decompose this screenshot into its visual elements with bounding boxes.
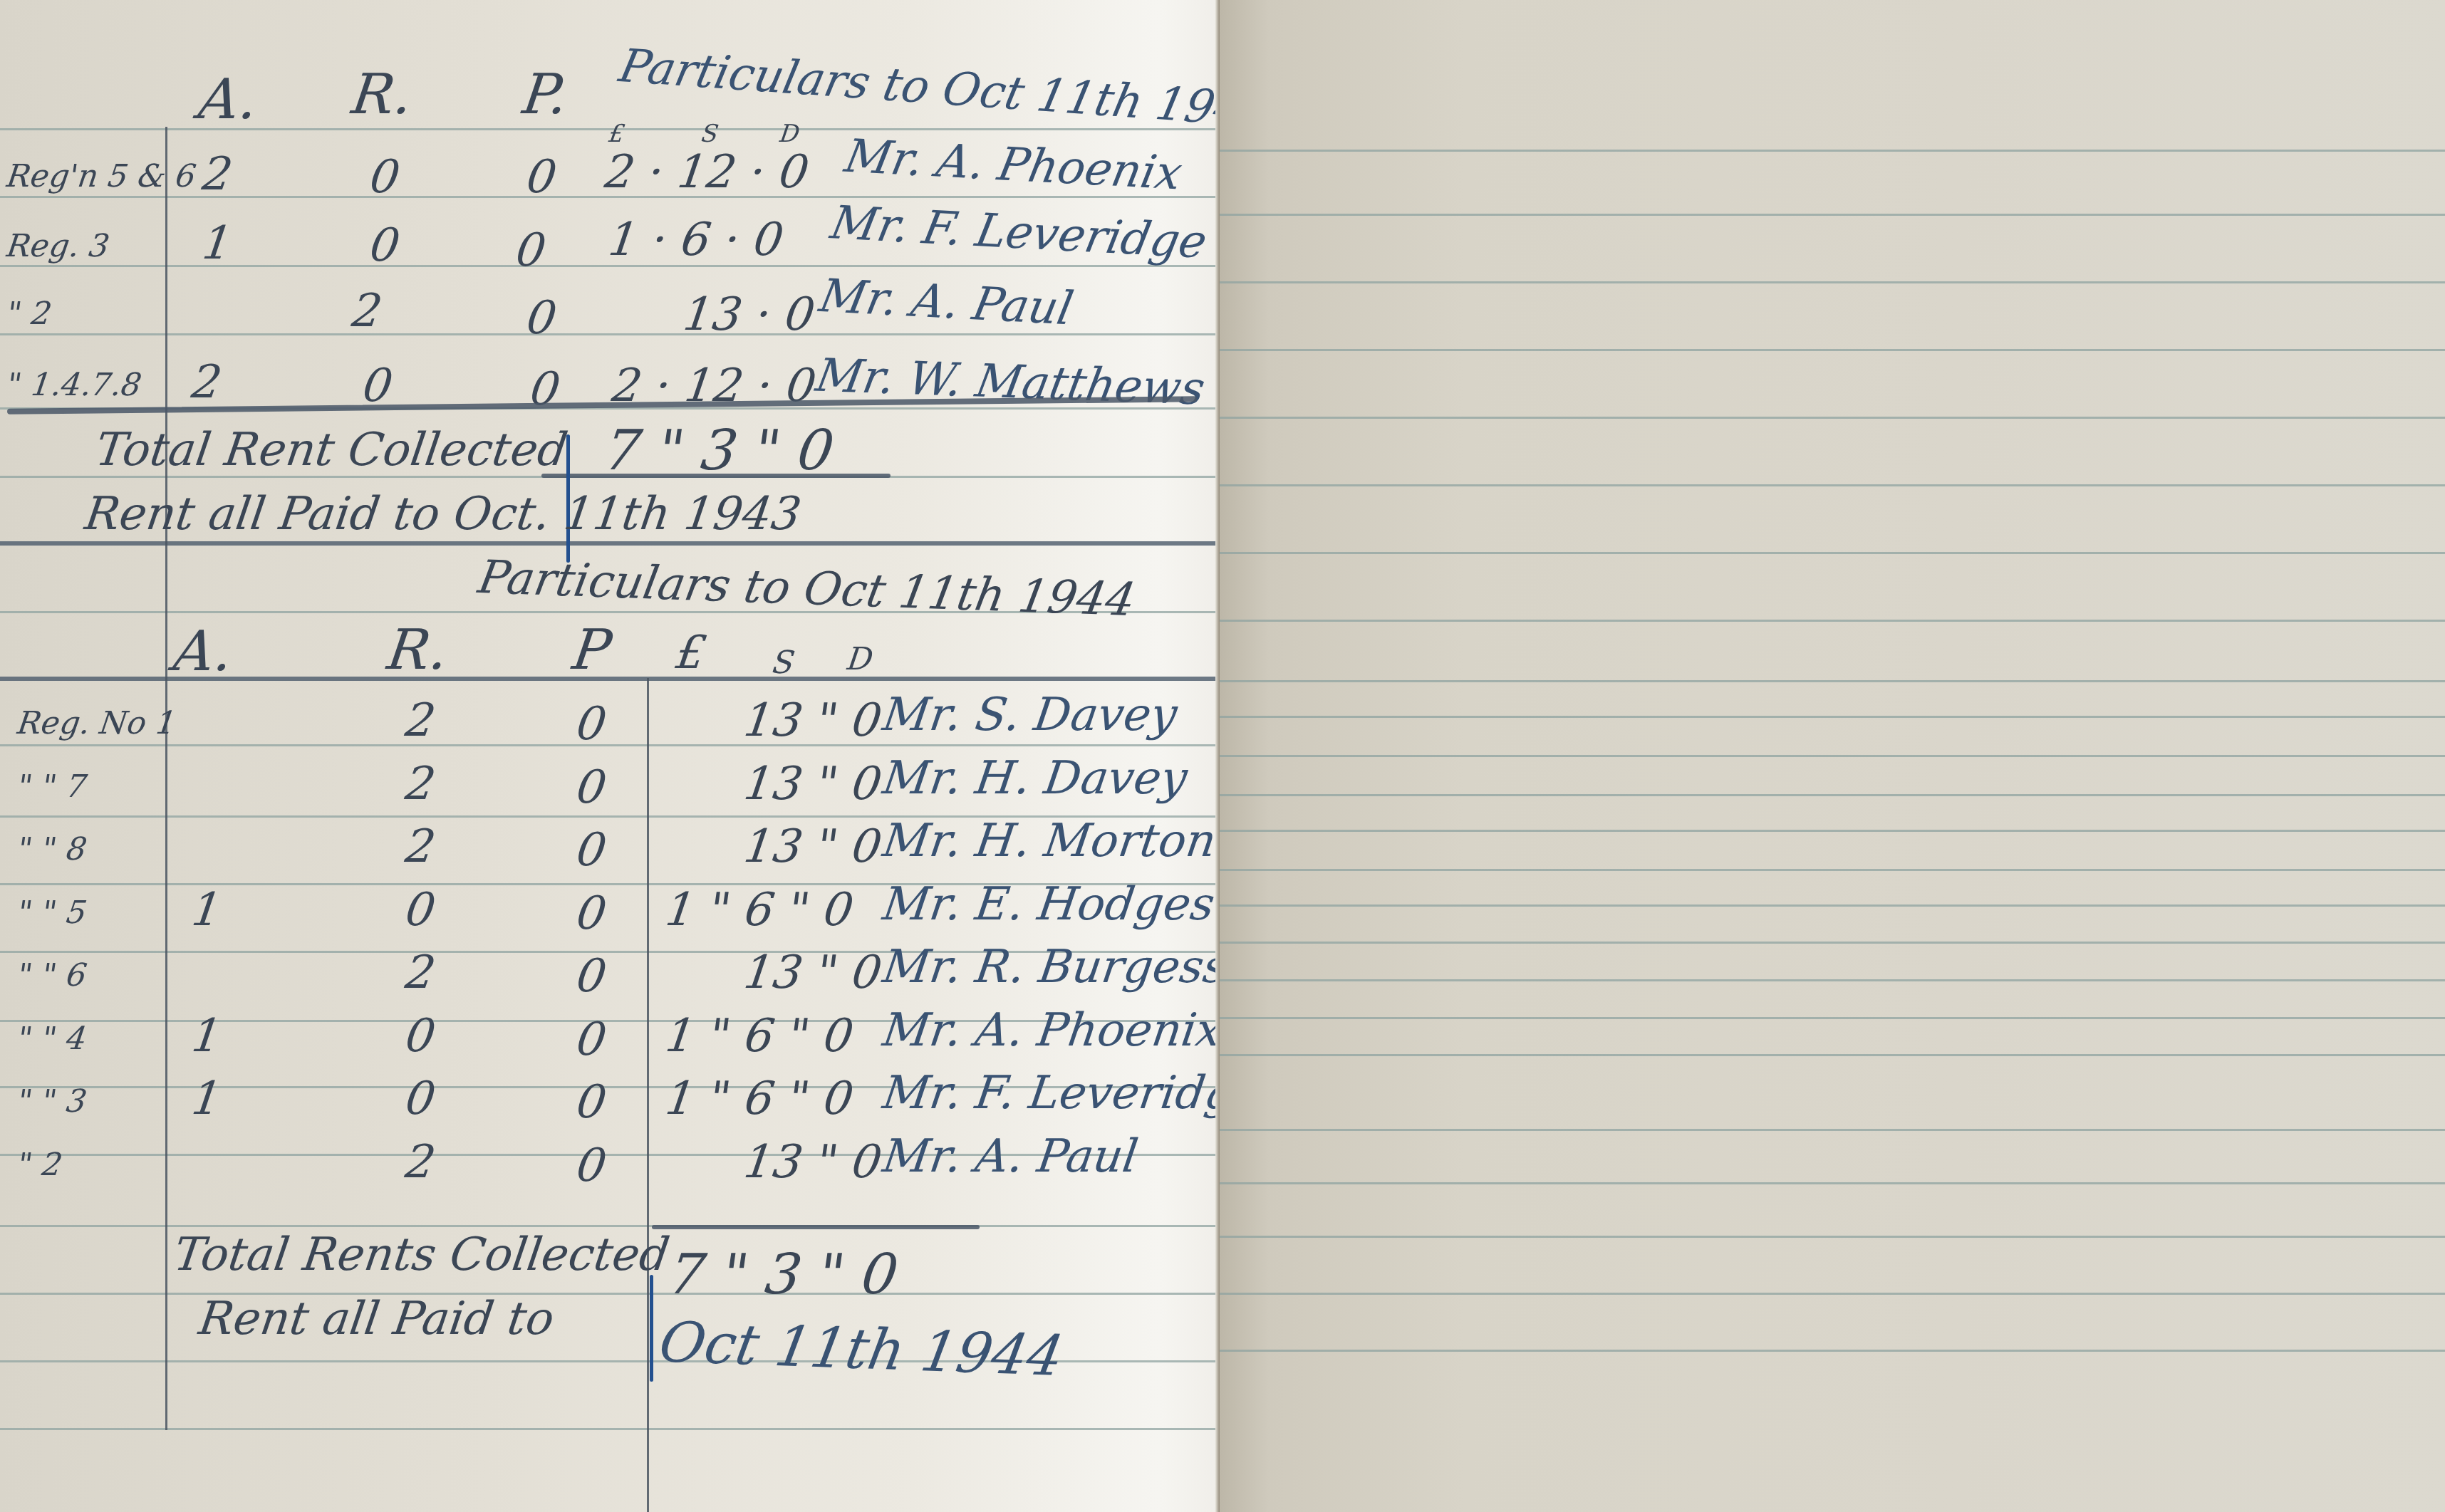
- row-acres: 2: [199, 148, 236, 201]
- row-perches: 0: [573, 1076, 610, 1129]
- row-roods: 2: [403, 758, 439, 810]
- row-tenant: Mr. H. Davey: [880, 752, 1190, 805]
- row-perches: 0: [573, 1140, 610, 1192]
- right-page-blank: [1220, 0, 2445, 1512]
- col-header-a: A.: [170, 620, 237, 684]
- row-reg: " " 7: [15, 768, 89, 805]
- row-tenant: Mr. A. Paul: [815, 270, 1077, 336]
- left-page: A. R. P. Particulars to Oct 11th 1943 £ …: [0, 0, 1220, 1512]
- row-acres: 2: [189, 356, 225, 409]
- money-header-shillings: S: [700, 120, 720, 148]
- row-amount: 13 " 0: [741, 1136, 886, 1189]
- row-acres: 1: [189, 1010, 225, 1063]
- paid-note-1943: Rent all Paid to Oct. 11th 1943: [82, 488, 804, 541]
- row-roods: 2: [349, 285, 385, 338]
- row-roods: 0: [367, 219, 403, 272]
- row-roods: 0: [403, 1010, 439, 1063]
- row-amount: 1 " 6 " 0: [663, 884, 857, 937]
- total-underline: [541, 474, 891, 478]
- row-roods: 0: [403, 1073, 439, 1125]
- row-amount: 1 " 6 " 0: [663, 1073, 857, 1125]
- row-amount: 2 · 12 · 0: [602, 146, 812, 199]
- col-header-p: P.: [519, 63, 572, 127]
- row-roods: 2: [403, 820, 439, 873]
- ink-bracket: [650, 1275, 653, 1382]
- row-roods: 2: [403, 947, 439, 999]
- row-acres: 1: [189, 884, 225, 937]
- row-amount: 13 " 0: [741, 820, 886, 873]
- row-reg: " " 4: [15, 1021, 89, 1057]
- col-header-r: R.: [384, 618, 452, 682]
- row-reg: " 1.4.7.8: [4, 367, 143, 403]
- row-acres: 1: [199, 217, 236, 270]
- money-header-pence: D: [778, 120, 801, 148]
- money-header-pounds: £: [673, 627, 710, 679]
- row-tenant: Mr. A. Paul: [880, 1130, 1141, 1183]
- total-label-1943: Total Rent Collected: [93, 424, 571, 476]
- row-tenant: Mr. A. Phoenix: [841, 130, 1186, 201]
- total-underline: [652, 1225, 980, 1229]
- row-reg: Reg. No 1: [15, 705, 178, 741]
- row-reg: " " 5: [15, 895, 89, 931]
- row-amount: 1 " 6 " 0: [663, 1010, 857, 1063]
- row-reg: Reg'n 5 & 6: [4, 158, 198, 194]
- row-reg: " 2: [15, 1147, 64, 1183]
- row-reg: " " 8: [15, 831, 89, 867]
- col-header-a: A.: [195, 68, 262, 132]
- row-tenant: Mr. E. Hodges: [880, 878, 1218, 931]
- section-title: Particulars to Oct 11th 1944: [474, 551, 1139, 627]
- row-reg: " 2: [4, 296, 53, 332]
- row-tenant: Mr. H. Morton: [880, 815, 1220, 867]
- total-amount-1944: 7 " 3 " 0: [665, 1243, 902, 1307]
- row-tenant: Mr. S. Davey: [880, 689, 1180, 741]
- row-perches: 0: [573, 950, 610, 1003]
- row-amount: 13 · 0: [680, 288, 819, 341]
- row-perches: 0: [573, 761, 610, 814]
- row-perches: 0: [573, 824, 610, 877]
- margin-line: [165, 127, 167, 1430]
- money-header-pence: D: [845, 641, 875, 677]
- row-tenant: Mr. A. Phoenix: [880, 1004, 1220, 1057]
- row-amount: 13 " 0: [741, 694, 886, 747]
- money-header-shillings: S: [770, 645, 796, 681]
- money-column-line: [647, 678, 649, 1512]
- row-roods: 2: [403, 1136, 439, 1189]
- row-tenant: Mr. F. Leveridge: [880, 1067, 1220, 1120]
- money-header-pounds: £: [607, 120, 626, 148]
- notebook-spread: A. R. P. Particulars to Oct 11th 1943 £ …: [0, 0, 2445, 1512]
- row-amount: 13 " 0: [741, 947, 886, 999]
- total-label-1944: Total Rents Collected: [171, 1229, 673, 1281]
- col-header-r: R.: [348, 63, 417, 127]
- paid-note-1944-prefix: Rent all Paid to: [196, 1293, 558, 1345]
- row-perches: 0: [573, 887, 610, 940]
- row-tenant: Mr. W. Matthews: [812, 349, 1209, 415]
- row-reg: Reg. 3: [4, 228, 111, 264]
- row-perches: 0: [524, 292, 560, 345]
- col-header-p: P: [569, 618, 616, 682]
- paid-note-1944-date: Oct 11th 1944: [655, 1310, 1069, 1389]
- row-amount: 1 · 6 · 0: [606, 214, 787, 266]
- row-reg: " " 3: [15, 1083, 89, 1120]
- row-reg: " " 6: [15, 957, 89, 994]
- row-tenant: Mr. F. Leveridge: [826, 197, 1211, 269]
- row-roods: 2: [403, 694, 439, 747]
- row-perches: 0: [513, 224, 549, 277]
- row-tenant: Mr. R. Burgess: [880, 941, 1220, 994]
- row-amount: 13 " 0: [741, 758, 886, 810]
- row-perches: 0: [573, 698, 610, 751]
- row-acres: 1: [189, 1073, 225, 1125]
- row-roods: 0: [403, 884, 439, 937]
